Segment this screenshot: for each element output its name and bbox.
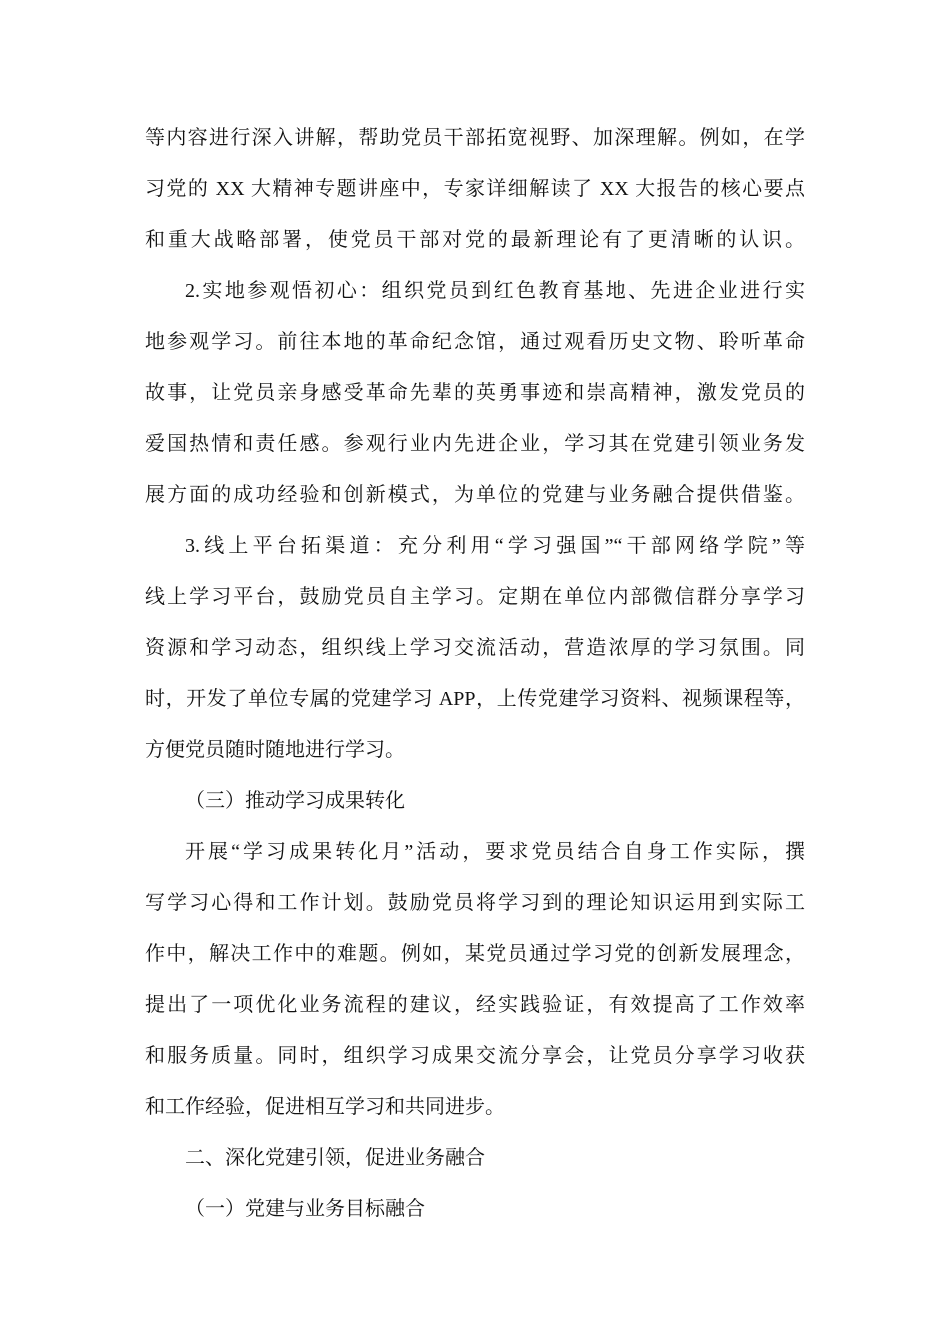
section-heading-line: （三）推动学习成果转化 — [145, 776, 805, 827]
chapter-heading-two: 二、深化党建引领，促进业务融合 — [145, 1133, 805, 1184]
section-heading-three: （三）推动学习成果转化 — [145, 776, 805, 827]
document-line: 2.实地参观悟初心：组织党员到红色教育基地、先进企业进行实 — [145, 266, 805, 317]
document-line: 作中，解决工作中的难题。例如，某党员通过学习党的创新发展理念， — [145, 929, 805, 980]
document-line: 线上学习平台，鼓励党员自主学习。定期在单位内部微信群分享学习 — [145, 572, 805, 623]
paragraph-site-visits: 2.实地参观悟初心：组织党员到红色教育基地、先进企业进行实 地参观学习。前往本地… — [145, 266, 805, 521]
paragraph-results-transformation: 开展“学习成果转化月”活动，要求党员结合自身工作实际，撰 写学习心得和工作计划。… — [145, 827, 805, 1133]
document-line: 资源和学习动态，组织线上学习交流活动，营造浓厚的学习氛围。同 — [145, 623, 805, 674]
document-line: 展方面的成功经验和创新模式，为单位的党建与业务融合提供借鉴。 — [145, 470, 805, 521]
document-line: 和工作经验，促进相互学习和共同进步。 — [145, 1082, 805, 1133]
section-heading-one: （一）党建与业务目标融合 — [145, 1184, 805, 1235]
document-line: 习党的 XX 大精神专题讲座中，专家详细解读了 XX 大报告的核心要点 — [145, 164, 805, 215]
document-line: 方便党员随时随地进行学习。 — [145, 725, 805, 776]
document-page: 等内容进行深入讲解，帮助党员干部拓宽视野、加深理解。例如，在学 习党的 XX 大… — [0, 0, 950, 1344]
document-line: 时，开发了单位专属的党建学习 APP，上传党建学习资料、视频课程等， — [145, 674, 805, 725]
document-line: 故事，让党员亲身感受革命先辈的英勇事迹和崇高精神，激发党员的 — [145, 368, 805, 419]
paragraph-continuation: 等内容进行深入讲解，帮助党员干部拓宽视野、加深理解。例如，在学 习党的 XX 大… — [145, 113, 805, 266]
document-line: 3.线上平台拓渠道：充分利用“学习强国”“干部网络学院”等 — [145, 521, 805, 572]
document-line: 等内容进行深入讲解，帮助党员干部拓宽视野、加深理解。例如，在学 — [145, 113, 805, 164]
document-line: 和重大战略部署，使党员干部对党的最新理论有了更清晰的认识。 — [145, 215, 805, 266]
document-text-body: 等内容进行深入讲解，帮助党员干部拓宽视野、加深理解。例如，在学 习党的 XX 大… — [145, 113, 805, 1235]
document-line: 爱国热情和责任感。参观行业内先进企业，学习其在党建引领业务发 — [145, 419, 805, 470]
section-heading-line: 二、深化党建引领，促进业务融合 — [145, 1133, 805, 1184]
document-line: 和服务质量。同时，组织学习成果交流分享会，让党员分享学习收获 — [145, 1031, 805, 1082]
paragraph-online-platforms: 3.线上平台拓渠道：充分利用“学习强国”“干部网络学院”等 线上学习平台，鼓励党… — [145, 521, 805, 776]
document-line: 写学习心得和工作计划。鼓励党员将学习到的理论知识运用到实际工 — [145, 878, 805, 929]
document-line: 开展“学习成果转化月”活动，要求党员结合自身工作实际，撰 — [145, 827, 805, 878]
document-line: 地参观学习。前往本地的革命纪念馆，通过观看历史文物、聆听革命 — [145, 317, 805, 368]
document-line: 提出了一项优化业务流程的建议，经实践验证，有效提高了工作效率 — [145, 980, 805, 1031]
section-heading-line: （一）党建与业务目标融合 — [145, 1184, 805, 1235]
